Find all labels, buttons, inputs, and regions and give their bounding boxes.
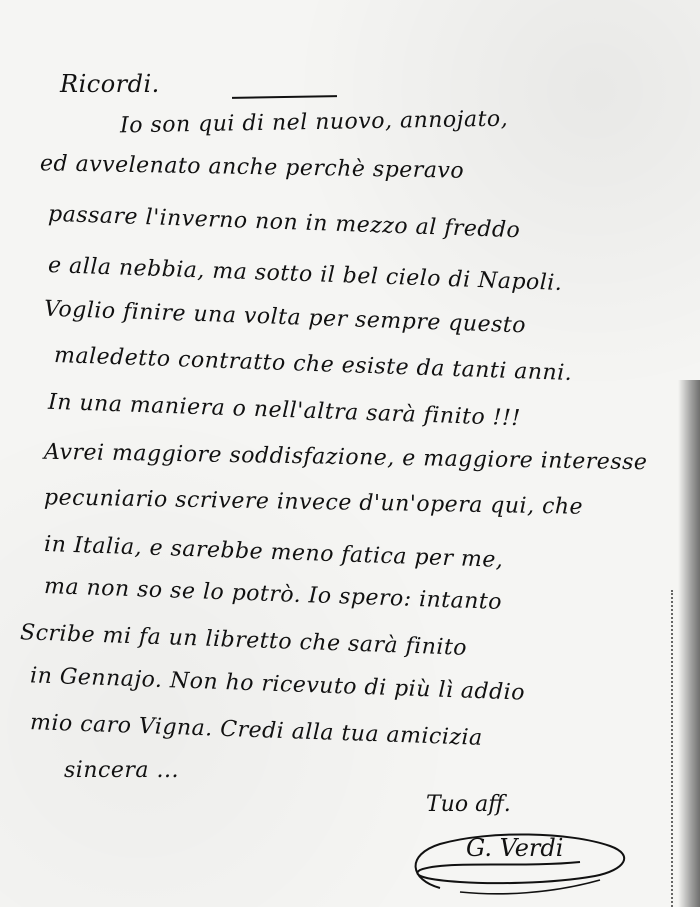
letter-line: Scribe mi fa un libretto che sarà finito (20, 620, 468, 661)
salutation-underline (232, 95, 337, 99)
page-edge-shadow (678, 380, 700, 907)
signature: G. Verdi (466, 834, 563, 862)
letter-line: ma non so se lo potrò. Io spero: intanto (44, 574, 503, 615)
letter-line: Avrei maggiore soddisfazione, e maggiore… (44, 440, 648, 476)
page-fold-line (671, 590, 673, 907)
letter-line: Io son qui di nel nuovo, annojato, (120, 107, 509, 139)
salutation: Ricordi. (60, 70, 160, 98)
letter-line: e alla nebbia, ma sotto il bel cielo di … (48, 253, 563, 296)
letter-line: ed avvelenato anche perchè speravo (40, 151, 464, 183)
letter-page: Ricordi. Io son qui di nel nuovo, annoja… (0, 0, 700, 907)
letter-line: In una maniera o nell'altra sarà finito … (48, 390, 521, 431)
letter-line: passare l'inverno non in mezzo al freddo (48, 202, 521, 243)
letter-line: mio caro Vigna. Credi alla tua amicizia (30, 710, 483, 751)
letter-line: Voglio finire una volta per sempre quest… (44, 297, 527, 339)
letter-line: in Gennajo. Non ho ricevuto di più lì ad… (30, 663, 526, 705)
letter-line: pecuniario scrivere invece d'un'opera qu… (44, 485, 583, 519)
letter-line: sincera ... (64, 758, 179, 783)
letter-line: maledetto contratto che esiste da tanti … (54, 343, 573, 386)
letter-line: in Italia, e sarebbe meno fatica per me, (44, 532, 504, 573)
signature-block: Tuo aff. G. Verdi (400, 790, 650, 900)
